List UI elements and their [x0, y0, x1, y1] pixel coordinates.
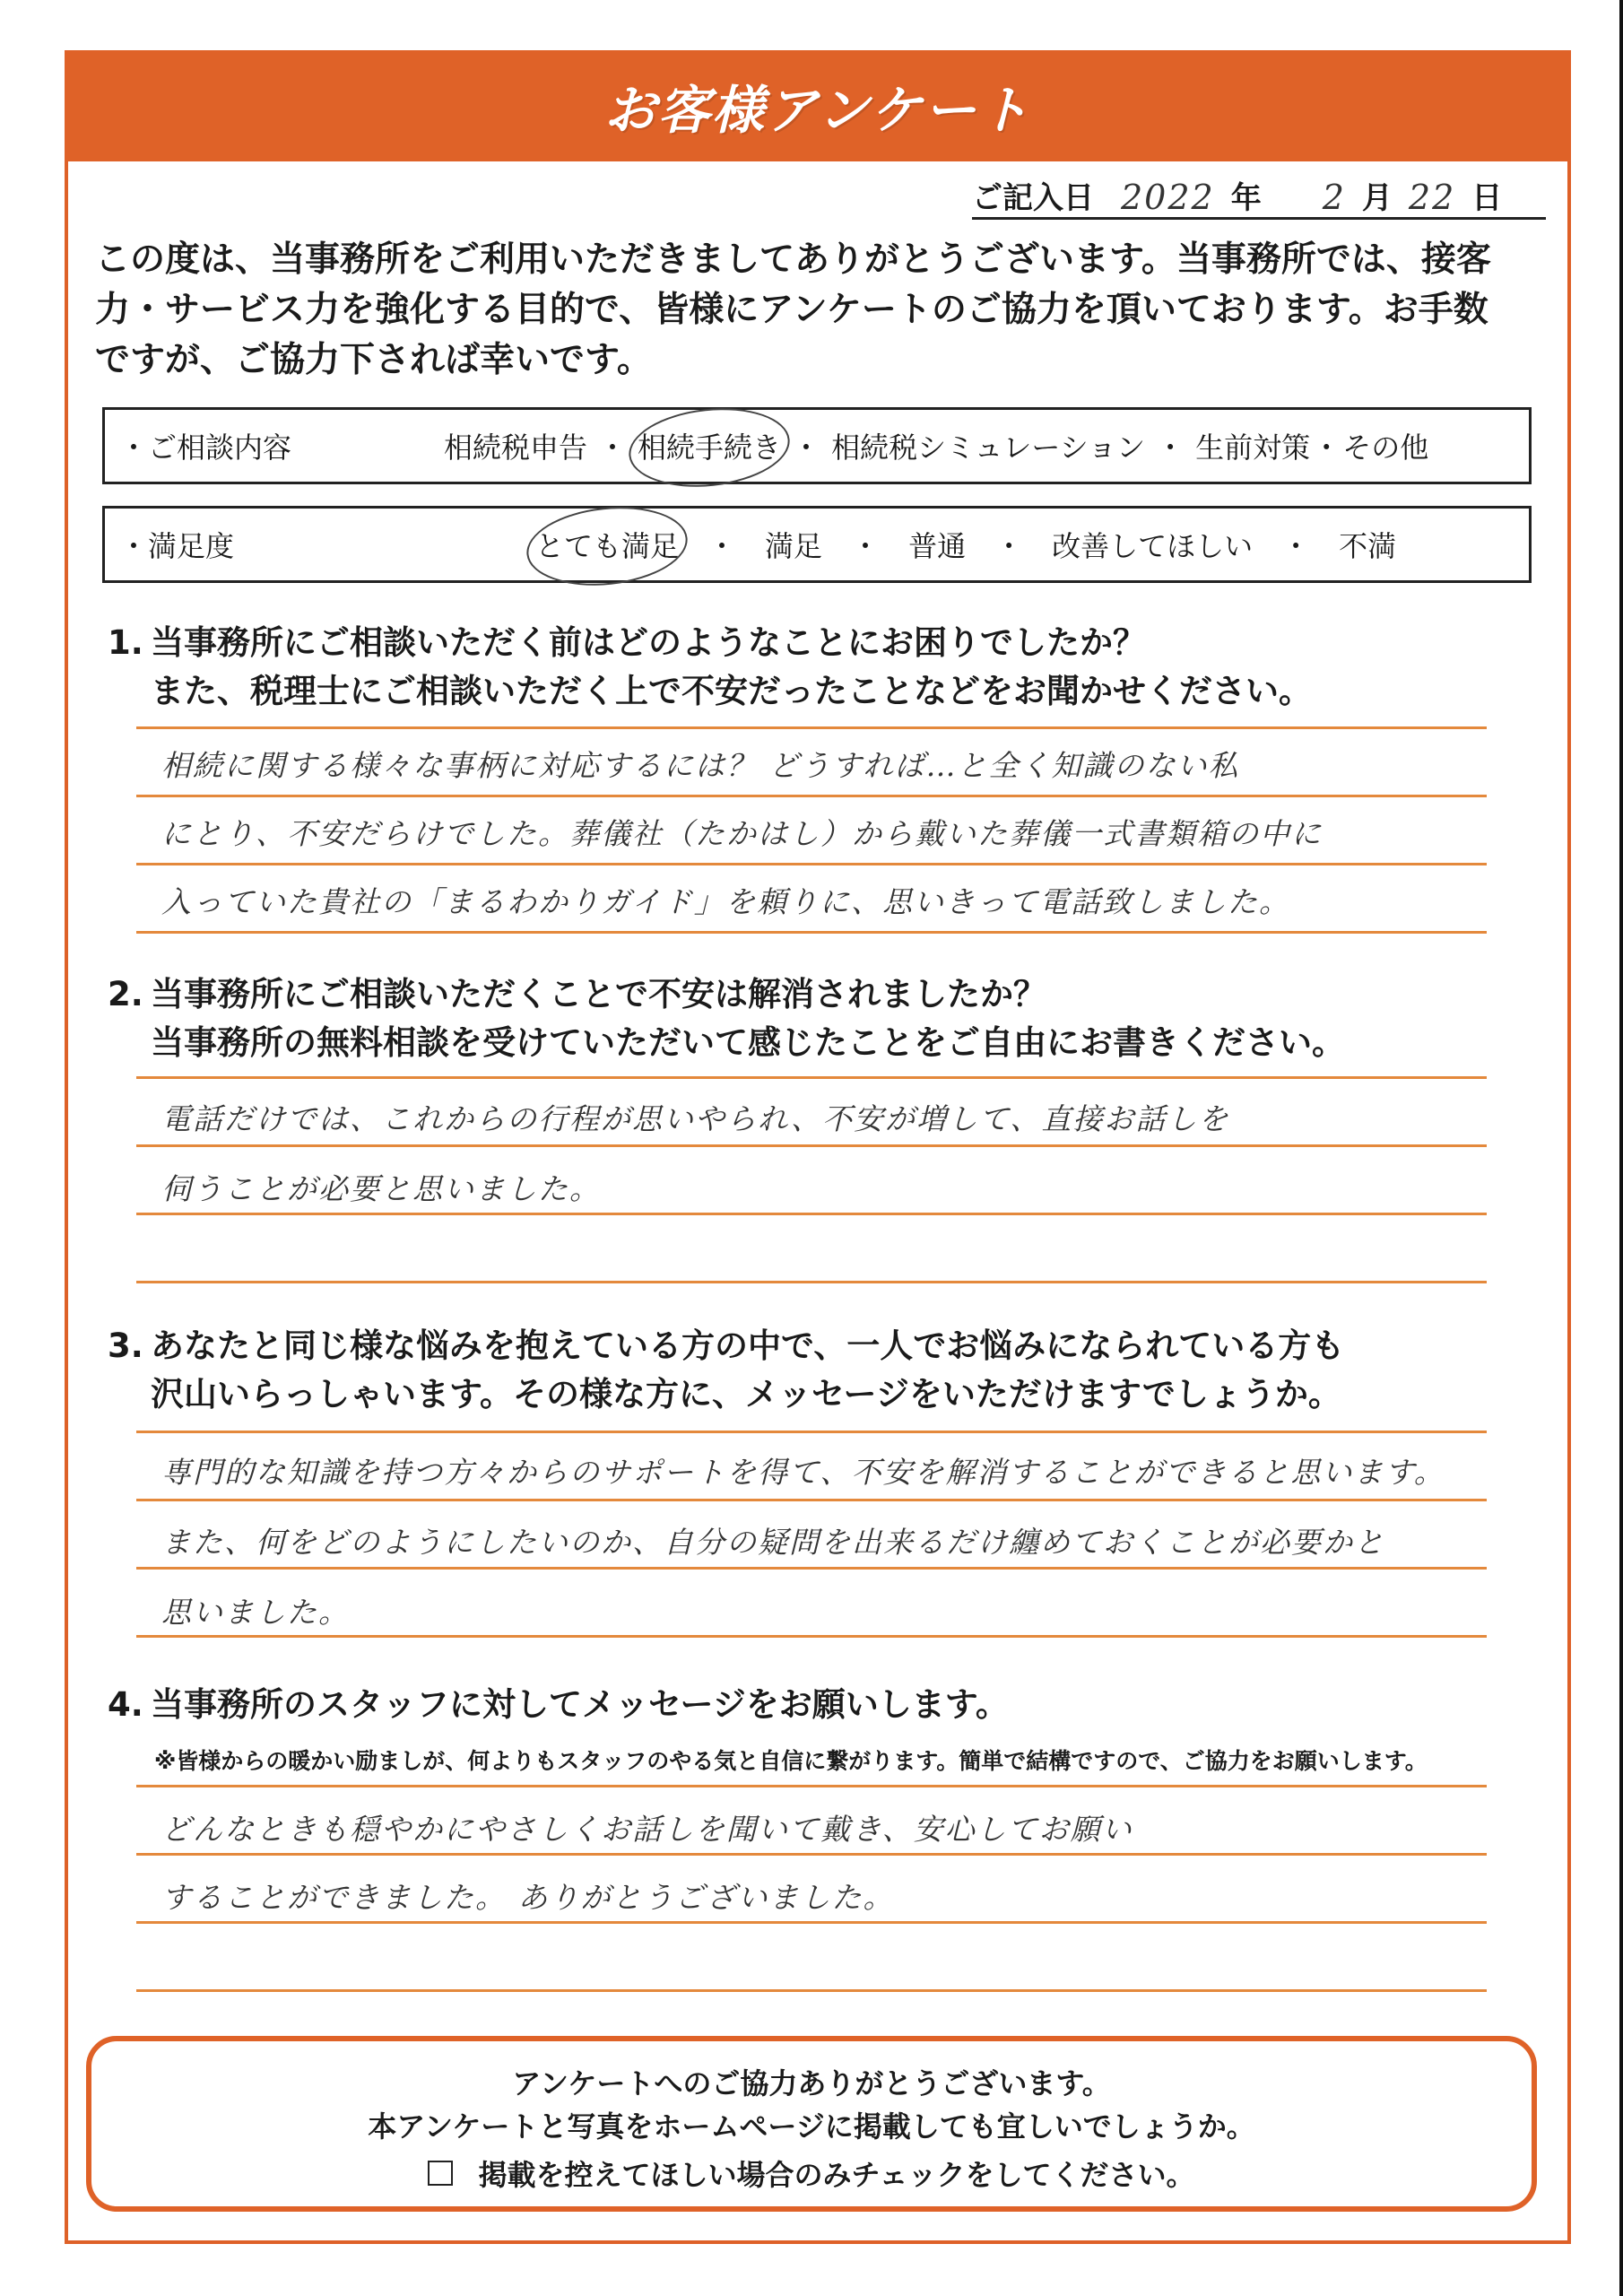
question-text: 当事務所にご相談いただく前はどのようなことにお困りでしたか？ — [151, 623, 1146, 662]
satisfaction-option-selected[interactable]: とても満足 — [535, 524, 679, 565]
question-text: あなたと同じ様な悩みを抱えている方の中で、一人でお悩みになられている方も — [151, 1326, 1344, 1365]
satisfaction-option[interactable]: 満足 — [765, 524, 822, 565]
date-day-unit: 日 — [1471, 173, 1502, 217]
date-label: ご記入日 — [972, 173, 1094, 217]
form-title: お客様アンケート — [604, 68, 1032, 143]
satisfaction-box: ・満足度 とても満足 ・ 満足 ・ 普通 ・ 改善してほしい ・ 不満 — [102, 506, 1532, 583]
intro-line: この度は、当事務所をご利用いただきましてありがとうございます。当事務所では、接客 — [95, 235, 1548, 285]
entry-date-field[interactable]: ご記入日 2022 年 2 月 22 日 — [972, 176, 1546, 220]
question-number: 2. — [108, 970, 151, 1019]
answer-rule — [136, 726, 1487, 729]
question-1: 1.当事務所にご相談いただく前はどのようなことにお困りでしたか？ また、税理士に… — [108, 619, 1312, 716]
answer-rule — [136, 1921, 1487, 1924]
answer-rule — [136, 931, 1487, 934]
question-number: 1. — [108, 619, 151, 667]
intro-text: この度は、当事務所をご利用いただきましてありがとうございます。当事務所では、接客… — [95, 235, 1548, 386]
answer-3-line-1[interactable]: 専門的な知識を持つ方々からのサポートを得て、不安を解消することができると思います… — [161, 1449, 1445, 1492]
question-3: 3.あなたと同じ様な悩みを抱えている方の中で、一人でお悩みになられている方も 沢… — [108, 1322, 1344, 1419]
question-4: 4.当事務所のスタッフに対してメッセージをお願いします。 — [108, 1681, 1009, 1729]
scan-edge — [1619, 0, 1623, 2296]
satisfaction-option[interactable]: 不満 — [1339, 524, 1396, 565]
answer-4-line-2[interactable]: することができました。 ありがとうございました。 — [161, 1874, 895, 1917]
question-text: 沢山いらっしゃいます。その様な方に、メッセージをいただけますでしょうか。 — [108, 1370, 1344, 1419]
answer-rule — [136, 795, 1487, 797]
answer-2-line-1[interactable]: 電話だけでは、これからの行程が思いやられ、不安が増して、直接お話しを — [161, 1096, 1229, 1138]
question-number: 3. — [108, 1322, 151, 1370]
answer-rule — [136, 1989, 1487, 1992]
intro-line: 力・サービス力を強化する目的で、皆様にアンケートのご協力を頂いております。お手数 — [95, 285, 1548, 335]
question-2: 2.当事務所にご相談いただくことで不安は解消されましたか？ 当事務所の無料相談を… — [108, 970, 1345, 1067]
answer-rule — [136, 1567, 1487, 1570]
question-text: また、税理士にご相談いただく上で不安だったことなどをお聞かせください。 — [108, 667, 1312, 716]
answer-rule — [136, 1144, 1487, 1147]
consultation-options: 相続税申告 ・ 相続手続き ・ 相続税シミュレーション ・ 生前対策 ・ その他 — [444, 425, 1428, 466]
satisfaction-label: ・満足度 — [119, 524, 234, 565]
answer-4-line-1[interactable]: どんなときも穏やかにやさしくお話しを聞いて戴き、安心してお願い — [161, 1806, 1133, 1848]
answer-rule — [136, 1635, 1487, 1638]
question-4-note: ※皆様からの暖かい励ましが、何よりもスタッフのやる気と自信に繋がります。簡単で結… — [154, 1744, 1428, 1776]
opt-out-label: 掲載を控えてほしい場合のみチェックをしてください。 — [478, 2152, 1194, 2194]
separator: ・ — [598, 425, 627, 466]
separator: ・ — [792, 425, 820, 466]
separator: ・ — [851, 524, 880, 565]
consent-box: アンケートへのご協力ありがとうございます。 本アンケートと写真をホームページに掲… — [86, 2036, 1537, 2212]
answer-rule — [136, 1213, 1487, 1215]
satisfaction-options: とても満足 ・ 満足 ・ 普通 ・ 改善してほしい ・ 不満 — [535, 524, 1396, 565]
date-month-unit: 月 — [1362, 173, 1393, 217]
answer-rule — [136, 1785, 1487, 1787]
answer-rule — [136, 1281, 1487, 1283]
question-text: 当事務所にご相談いただくことで不安は解消されましたか？ — [151, 975, 1046, 1013]
date-day-value[interactable]: 22 — [1409, 178, 1455, 217]
answer-rule — [136, 863, 1487, 865]
thank-you-text: アンケートへのご協力ありがとうございます。 — [91, 2061, 1532, 2102]
question-number: 4. — [108, 1681, 151, 1729]
opt-out-row: 掲載を控えてほしい場合のみチェックをしてください。 — [91, 2152, 1532, 2194]
satisfaction-option[interactable]: 普通 — [908, 524, 966, 565]
answer-rule — [136, 1499, 1487, 1501]
form-header: お客様アンケート — [65, 50, 1571, 161]
question-text: 当事務所の無料相談を受けていただいて感じたことをご自由にお書きください。 — [108, 1019, 1345, 1067]
date-year-unit: 年 — [1231, 173, 1262, 217]
consultation-option-selected[interactable]: 相続手続き — [638, 425, 781, 466]
question-text: 当事務所のスタッフに対してメッセージをお願いします。 — [151, 1685, 1009, 1724]
answer-2-line-2[interactable]: 伺うことが必要と思いました。 — [161, 1166, 601, 1208]
separator: ・ — [707, 524, 736, 565]
separator: ・ — [1312, 425, 1341, 466]
answer-rule — [136, 1853, 1487, 1856]
consultation-type-box: ・ご相談内容 相続税申告 ・ 相続手続き ・ 相続税シミュレーション ・ 生前対… — [102, 407, 1532, 484]
date-month-value[interactable]: 2 — [1323, 178, 1346, 217]
publish-question-text: 本アンケートと写真をホームページに掲載しても宜しいでしょうか。 — [91, 2104, 1532, 2145]
date-year-value[interactable]: 2022 — [1121, 178, 1215, 217]
separator: ・ — [1156, 425, 1185, 466]
consultation-option[interactable]: 相続税シミュレーション — [831, 425, 1145, 466]
answer-1-line-1[interactable]: 相続に関する様々な事柄に対応するには？ どうすれば…と全く知識のない私 — [161, 743, 1240, 785]
separator: ・ — [1281, 524, 1310, 565]
intro-line: ですが、ご協力下されば幸いです。 — [95, 335, 1548, 386]
answer-1-line-3[interactable]: 入っていた貴社の「まるわかりガイド」を頼りに、思いきって電話致しました。 — [161, 879, 1290, 921]
answer-3-line-2[interactable]: また、何をどのようにしたいのか、自分の疑問を出来るだけ纏めておくことが必要かと — [161, 1519, 1385, 1561]
answer-1-line-2[interactable]: にとり、不安だらけでした。葬儀社（たかはし）から戴いた葬儀一式書類箱の中に — [161, 811, 1323, 853]
opt-out-checkbox[interactable] — [428, 2161, 453, 2186]
consultation-option[interactable]: 生前対策 — [1195, 425, 1310, 466]
consultation-option[interactable]: 相続税申告 — [444, 425, 587, 466]
consultation-option[interactable]: その他 — [1342, 425, 1428, 466]
answer-rule — [136, 1431, 1487, 1433]
answer-3-line-3[interactable]: 思いました。 — [161, 1589, 350, 1631]
satisfaction-option[interactable]: 改善してほしい — [1052, 524, 1253, 565]
answer-rule — [136, 1076, 1487, 1079]
separator: ・ — [994, 524, 1023, 565]
consultation-label: ・ご相談内容 — [119, 425, 291, 466]
